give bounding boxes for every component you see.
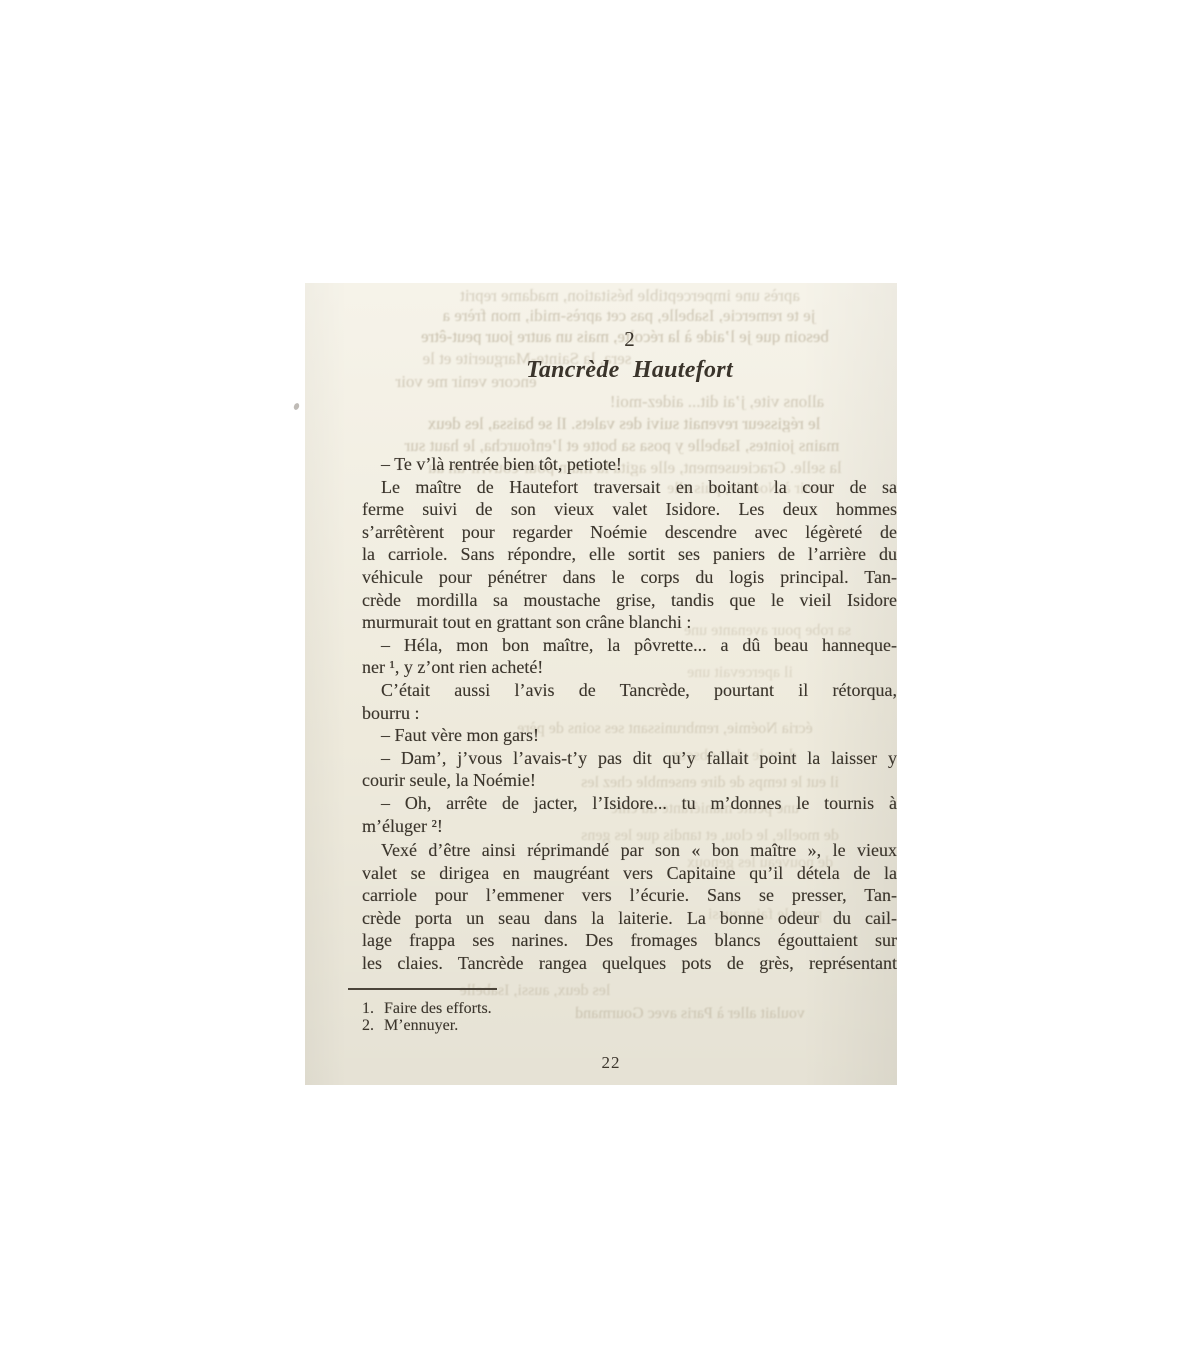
footnote: 1.Faire des efforts. [362,1000,897,1017]
body-line: Vexé d’être ainsi réprimandé par son « b… [362,839,897,862]
body-line: murmurait tout en grattant son crâne bla… [362,611,897,634]
bleedthrough-line: je te remercie, Isabelle, pas cet après-… [367,307,891,324]
bleedthrough-line: les deux, aussi, Isabelle [425,983,645,999]
body-line: valet se dirigea en maugréant vers Capit… [362,862,897,885]
body-line: lage frappa ses narines. Des fromages bl… [362,929,897,952]
body-line: carriole pour l’emmener vers l’écurie. S… [362,884,897,907]
footnote: 2.M’ennuyer. [362,1017,897,1034]
body-line: m’éluger ²! [362,815,897,838]
body-line: crède mordilla sa moustache grise, tandi… [362,589,897,612]
footnote-text: M’ennuyer. [384,1017,458,1034]
footnote-number: 2. [362,1017,384,1034]
body-line: ferme suivi de son vieux valet Isidore. … [362,498,897,521]
body-line: – Dam’, j’vous l’avais-t’y pas dit qu’y … [362,747,897,770]
body-line: – Faut vère mon gars! [362,724,897,747]
footnote-number: 1. [362,1000,384,1017]
chapter-title: Tancrède Hautefort [362,357,897,384]
footnote-text: Faire des efforts. [384,1000,492,1017]
body-line: crède porta un seau dans la laiterie. La… [362,907,897,930]
bleedthrough-line: mains jointes, Isabelle y posa sa botte … [355,437,889,454]
body-line: – Oh, arrête de jacter, l’Isidore... tu … [362,792,897,815]
body-line: – Héla, mon bon maître, la pôvrette... a… [362,634,897,657]
body-line: la carriole. Sans répondre, elle sortit … [362,543,897,566]
scan-background: après une imperceptible hésitation, mada… [0,0,1200,1372]
body-line: ner ¹, y z’ont rien acheté! [362,656,897,679]
bleedthrough-line: allons vite, j’ai dit... aidez-moi! [545,393,889,410]
scan-speck [293,402,300,410]
chapter-number: 2 [362,327,897,352]
body-line: courir seule, la Noémie! [362,769,897,792]
body-line: – Te v’là rentrée bien tôt, petiote! [362,453,897,476]
body-line: s’arrêtèrent pour regarder Noémie descen… [362,521,897,544]
body-line: Le maître de Hautefort traversait en boi… [362,476,897,499]
bleedthrough-line: le régisseur revenait suivi des valets. … [359,415,889,432]
body-line: les claies. Tancrède rangea quelques pot… [362,952,897,975]
body-line: bourru : [362,702,897,725]
page-number: 22 [581,1053,641,1073]
book-page: après une imperceptible hésitation, mada… [305,283,897,1085]
footnote-rule [348,988,497,990]
body-line: véhicule pour pénétrer dans le corps du … [362,566,897,589]
body-line: C’était aussi l’avis de Tancrède, pourta… [362,679,897,702]
bleedthrough-line: après une imperceptible hésitation, mada… [375,287,885,304]
